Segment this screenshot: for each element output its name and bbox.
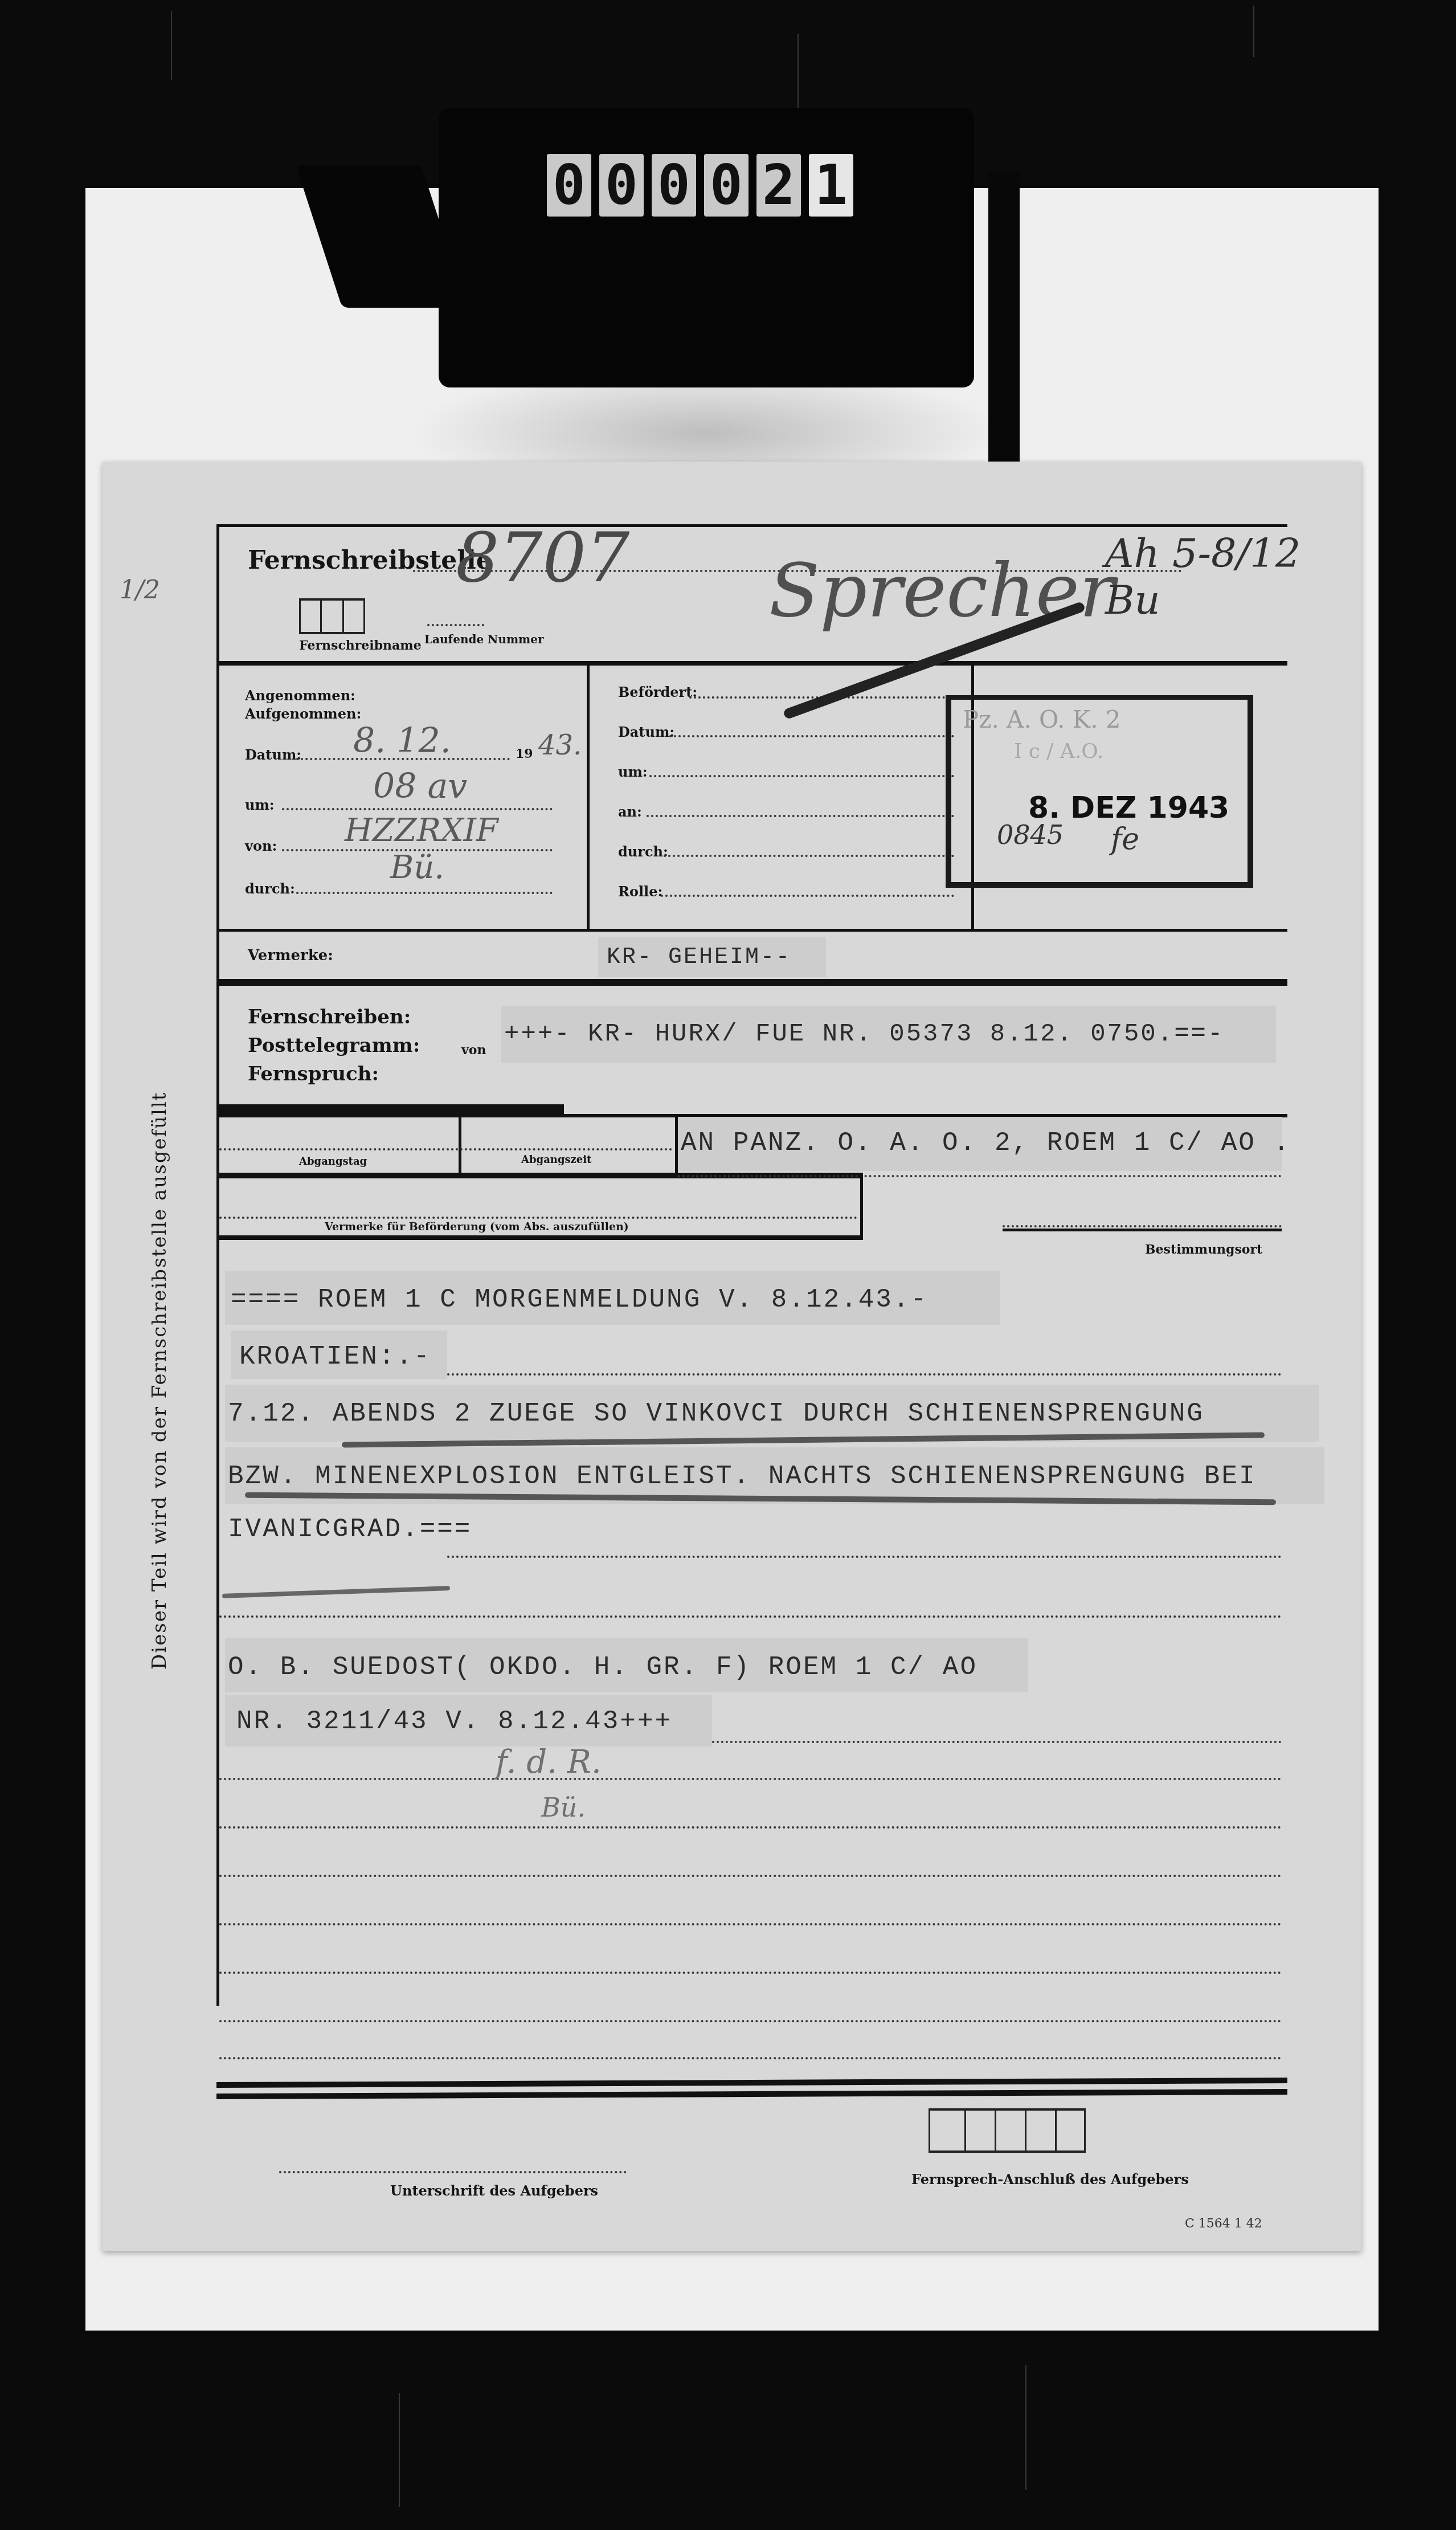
- received-title-2: Aufgenommen:: [245, 705, 361, 723]
- dispatch-right-border: [860, 1173, 863, 1235]
- header-top-rule: [216, 524, 1287, 527]
- empty-dotted-line: [219, 2020, 1282, 2022]
- section-rule: [216, 929, 1287, 932]
- received-by-label: durch:: [245, 880, 295, 897]
- received-time-value: 08 av: [373, 766, 467, 806]
- destination-dotted-line: [1003, 1225, 1282, 1227]
- form-code: C 1564 1 42: [1185, 2217, 1262, 2231]
- empty-dotted-line: [219, 1778, 1282, 1780]
- destination-label: Bestimmungsort: [1145, 1242, 1262, 1257]
- received-stamp: Pz. A. O. K. 2 I c / A.O. 8. DEZ 1943 08…: [946, 695, 1253, 888]
- received-date-value: 8. 12.: [353, 721, 451, 761]
- frame-counter-digits: 0 0 0 0 2 1: [547, 154, 853, 217]
- signature-dotted-line: [712, 1741, 1282, 1743]
- received-title-1: Angenommen:: [245, 687, 361, 705]
- film-scratch: [1253, 6, 1254, 57]
- serial-number-label: Laufende Nummer: [424, 632, 544, 646]
- frame-counter-device: [439, 108, 974, 387]
- type-post-telegram: Posttelegramm:: [248, 1031, 420, 1060]
- sender-line: +++- KR- HURX/ FUE NR. 05373 8.12. 0750.…: [504, 1020, 1224, 1048]
- footer-rule-1: [216, 2078, 1287, 2088]
- handwritten-fdr-initials: Bü.: [541, 1792, 586, 1823]
- departure-divider: [459, 1114, 461, 1174]
- empty-dotted-line: [219, 2057, 1282, 2059]
- empty-dotted-line: [219, 1875, 1282, 1877]
- destination-rule: [1003, 1229, 1282, 1231]
- notes-label: Vermerke:: [248, 947, 333, 964]
- empty-dotted-line: [219, 1826, 1282, 1829]
- vertical-note: Dieser Teil wird von der Fernschreibstel…: [148, 1092, 171, 1670]
- dispatch-bottom-rule: [216, 1235, 863, 1240]
- received-from-label: von:: [245, 838, 277, 854]
- stamp-initials-handwritten: fe: [1111, 822, 1139, 856]
- forwarded-by-line: [664, 855, 954, 857]
- footer-rule-2: [216, 2089, 1287, 2099]
- recipient-line: AN PANZ. O. A. O. 2, ROEM 1 C/ AO .: [681, 1128, 1291, 1158]
- from-small-label: von: [461, 1043, 486, 1058]
- phone-label: Fernsprech-Anschluß des Aufgebers: [911, 2171, 1189, 2188]
- signature-line: [279, 2171, 627, 2173]
- received-by-line: [296, 892, 553, 894]
- forwarded-to-line: [647, 815, 954, 817]
- forwarded-roll-label: Rolle:: [618, 883, 662, 900]
- dispatch-dotted-line: [219, 1217, 857, 1219]
- counter-digit: 2: [756, 154, 801, 217]
- forwarded-time-label: um:: [618, 764, 648, 780]
- stamp-time-handwritten: 0845: [997, 819, 1064, 850]
- departure-time-label: Abgangszeit: [521, 1154, 591, 1166]
- received-by-value: Bü.: [390, 849, 444, 886]
- form-left-border: [216, 524, 219, 2006]
- forwarded-by-label: durch:: [618, 843, 668, 860]
- serial-number-dotted-line: [427, 624, 484, 626]
- film-scratch: [399, 2393, 400, 2507]
- forwarded-to-label: an:: [618, 803, 642, 820]
- counter-digit: 0: [704, 154, 749, 217]
- phone-number-boxes: [929, 2108, 1086, 2153]
- message-dotted-line: [447, 1373, 1282, 1376]
- crayon-underline: [222, 1586, 450, 1598]
- teletype-name-label: Fernschreibname: [299, 638, 422, 653]
- received-date-label: Datum:: [245, 746, 301, 763]
- signature-line-1: O. B. SUEDOST( OKDO. H. GR. F) ROEM 1 C/…: [228, 1652, 978, 1682]
- film-scratch: [1025, 2365, 1026, 2490]
- teletype-name-boxes: [299, 598, 365, 634]
- year-prefix: 19: [516, 746, 533, 761]
- message-types: Fernschreiben: Posttelegramm: Fernspruch…: [248, 1003, 420, 1088]
- received-year-value: 43.: [538, 729, 582, 761]
- forwarded-title: Befördert:: [618, 684, 697, 700]
- forwarded-date-label: Datum:: [618, 724, 674, 740]
- type-phone-message: Fernspruch:: [248, 1060, 420, 1088]
- message-line-2: KROATIEN:.-: [239, 1342, 431, 1372]
- dispatch-notes-label: Vermerke für Beförderung (vom Abs. auszu…: [325, 1221, 629, 1233]
- message-dotted-line: [447, 1556, 1282, 1558]
- message-line-1: ==== ROEM 1 C MORGENMELDUNG V. 8.12.43.-: [231, 1285, 928, 1315]
- handwritten-fdr: f. d. R.: [496, 1744, 602, 1781]
- received-from-value: HZZRXIF: [345, 812, 498, 849]
- margin-annotation: 1/2: [120, 576, 160, 605]
- departure-dotted-line: [219, 1148, 672, 1150]
- forwarded-date-line: [669, 735, 954, 737]
- received-time-line: [282, 808, 553, 810]
- teletype-form: 1/2 Dieser Teil wird von der Fernschreib…: [103, 462, 1361, 2251]
- counter-clip: [988, 171, 1020, 467]
- departure-day-label: Abgangstag: [299, 1156, 367, 1168]
- forwarded-time-line: [649, 775, 954, 777]
- message-dotted-line: [219, 1615, 1282, 1618]
- empty-dotted-line: [219, 1923, 1282, 1925]
- type-teletype: Fernschreiben:: [248, 1003, 420, 1031]
- notes-value: KR- GEHEIM--: [607, 945, 791, 970]
- received-time-label: um:: [245, 797, 275, 813]
- counter-digit: 1: [809, 154, 853, 217]
- station-number-handwritten: 8707: [456, 519, 629, 598]
- departure-top-rule: [216, 1104, 564, 1116]
- counter-digit: 0: [547, 154, 591, 217]
- message-line-4: BZW. MINENEXPLOSION ENTGLEIST. NACHTS SC…: [228, 1462, 1257, 1491]
- counter-digit: 0: [652, 154, 696, 217]
- stamp-line-2: I c / A.O.: [1014, 740, 1103, 763]
- notes-bottom-rule: [216, 979, 1287, 986]
- header-bottom-rule: [216, 661, 1287, 666]
- film-scratch: [171, 11, 172, 80]
- received-title: Angenommen: Aufgenommen:: [245, 687, 361, 723]
- received-divider: [587, 661, 590, 929]
- message-line-3: 7.12. ABENDS 2 ZUEGE SO VINKOVCI DURCH S…: [228, 1399, 1204, 1429]
- counter-digit: 0: [599, 154, 644, 217]
- recipient-dotted-line: [678, 1175, 1282, 1177]
- speaker-handwritten: Sprecher: [769, 547, 1115, 634]
- initials-handwritten: Ah 5-8/12 Bu: [1105, 530, 1361, 623]
- stamp-line-1: Pz. A. O. K. 2: [963, 705, 1121, 733]
- signature-line-2: NR. 3211/43 V. 8.12.43+++: [236, 1707, 672, 1736]
- message-line-5: IVANICGRAD.===: [228, 1515, 472, 1544]
- forwarded-roll-line: [661, 895, 954, 897]
- signature-label: Unterschrift des Aufgebers: [390, 2182, 598, 2199]
- empty-dotted-line: [219, 1972, 1282, 1974]
